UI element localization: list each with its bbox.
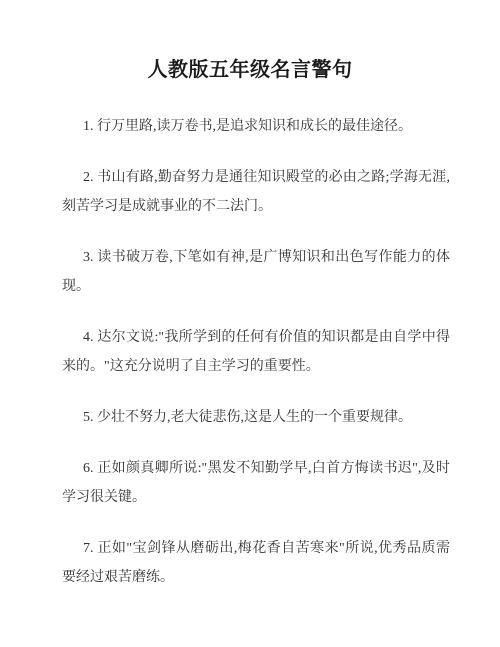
quote-item-3: 3. 读书破万卷,下笔如有神,是广博知识和出色写作能力的体现。 bbox=[62, 243, 450, 301]
quote-item-1: 1. 行万里路,读万卷书,是追求知识和成长的最佳途径。 bbox=[62, 112, 450, 141]
quote-item-7: 7. 正如"宝剑锋从磨砺出,梅花香自苦寒来"所说,优秀品质需要经过艰苦磨练。 bbox=[62, 534, 450, 592]
document-page: 人教版五年级名言警句 1. 行万里路,读万卷书,是追求知识和成长的最佳途径。 2… bbox=[0, 0, 500, 647]
quotes-list: 1. 行万里路,读万卷书,是追求知识和成长的最佳途径。 2. 书山有路,勤奋努力… bbox=[62, 112, 450, 592]
page-title: 人教版五年级名言警句 bbox=[0, 0, 500, 82]
quote-item-4: 4. 达尔文说:"我所学到的任何有价值的知识都是由自学中得来的。"这充分说明了自… bbox=[62, 323, 450, 381]
quote-item-6: 6. 正如颜真卿所说:"黑发不知勤学早,白首方悔读书迟",及时学习很关键。 bbox=[62, 454, 450, 512]
quote-item-5: 5. 少壮不努力,老大徒悲伤,这是人生的一个重要规律。 bbox=[62, 403, 450, 432]
quote-item-2: 2. 书山有路,勤奋努力是通往知识殿堂的必由之路;学海无涯,刻苦学习是成就事业的… bbox=[62, 163, 450, 221]
